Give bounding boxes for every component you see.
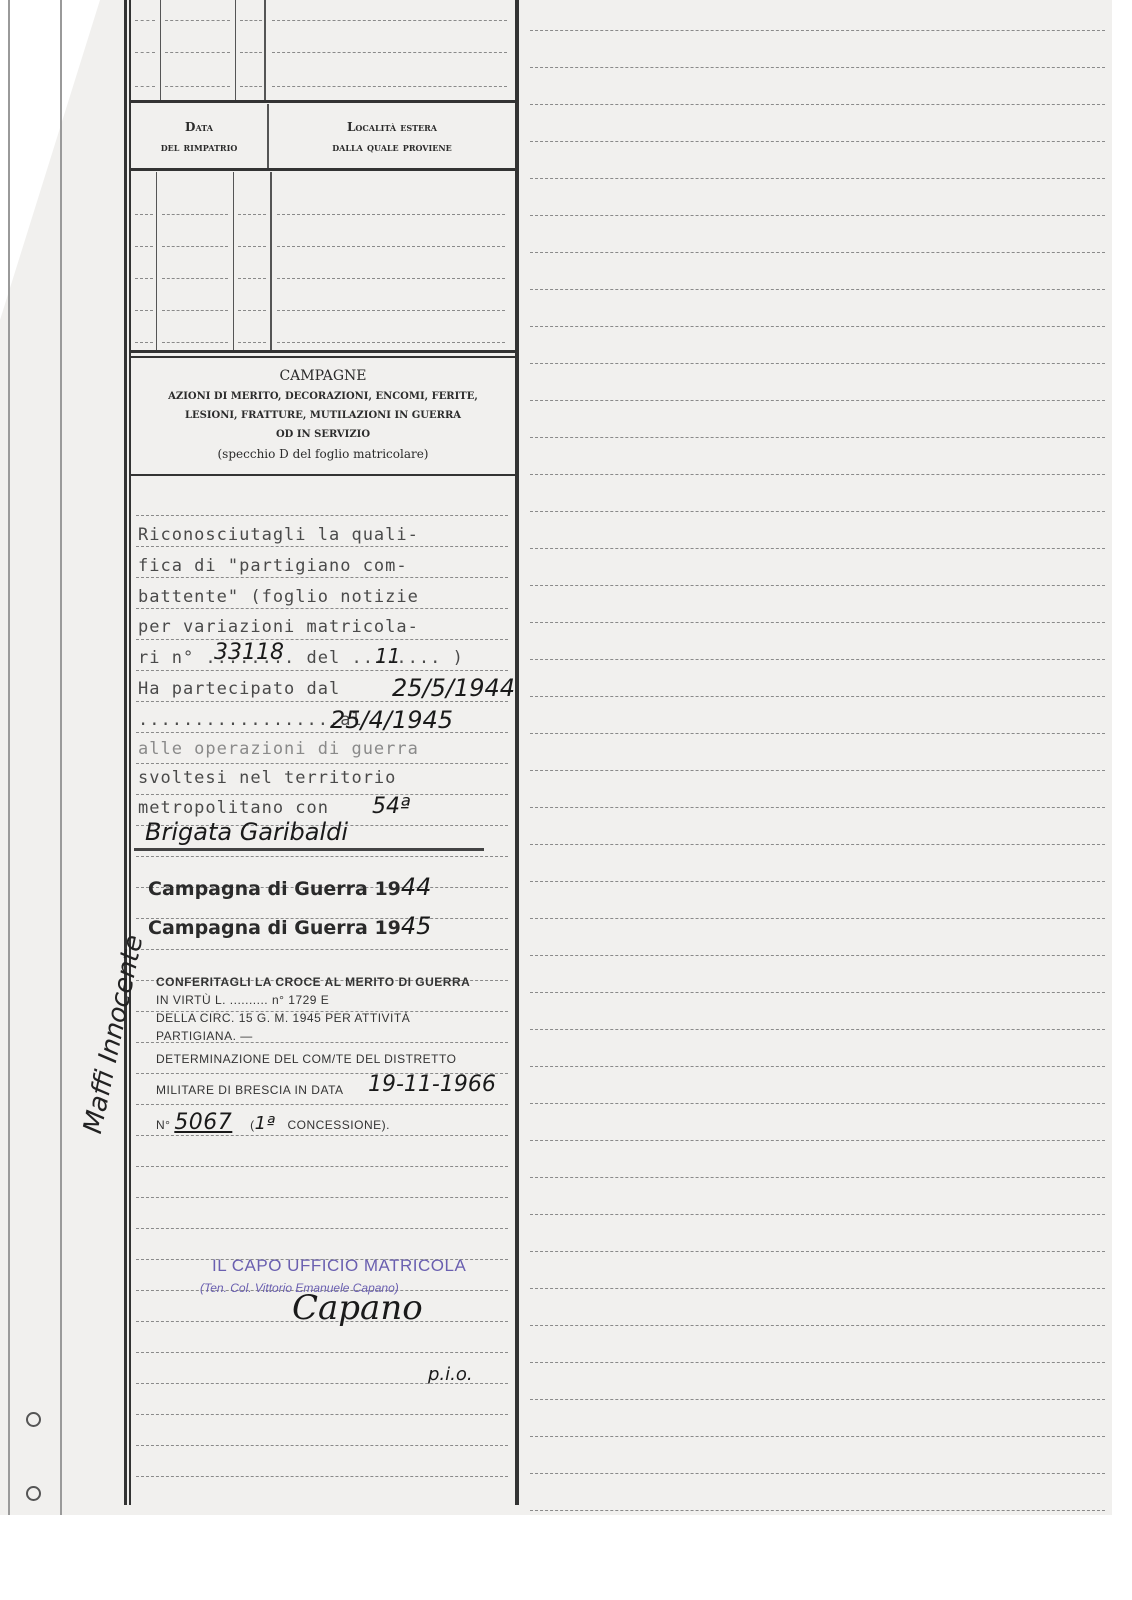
punch-hole-icon bbox=[26, 1486, 41, 1501]
typed-line: Ha partecipato dal bbox=[138, 679, 340, 699]
ruled-line bbox=[135, 20, 155, 21]
table-rule bbox=[130, 168, 516, 171]
ruled-line bbox=[238, 342, 266, 343]
ruled-line bbox=[165, 52, 230, 53]
cross-stamp-line: CONFERITAGLI LA CROCE AL MERITO DI GUERR… bbox=[156, 975, 470, 989]
ruled-line bbox=[530, 1029, 1105, 1030]
ruled-line bbox=[530, 178, 1105, 179]
table-divider bbox=[233, 172, 234, 350]
ruled-line bbox=[277, 214, 505, 215]
cross-stamp-line: MILITARE DI BRESCIA IN DATA bbox=[156, 1083, 344, 1097]
typed-line: alle operazioni di guerra bbox=[138, 739, 419, 759]
ruled-line bbox=[530, 1103, 1105, 1104]
header-localita-estera: Località estera dalla quale proviene bbox=[272, 117, 512, 157]
handwritten-year: 45 bbox=[401, 912, 432, 940]
ruled-line bbox=[530, 1510, 1105, 1511]
ruled-line bbox=[530, 1436, 1105, 1437]
ruled-line bbox=[530, 1399, 1105, 1400]
ruled-line bbox=[530, 696, 1105, 697]
ruled-line bbox=[238, 310, 266, 311]
table-divider bbox=[235, 0, 236, 100]
table-rule bbox=[130, 356, 516, 358]
section-subtitle: (specchio D del foglio matricolare) bbox=[134, 444, 512, 464]
ruled-line bbox=[136, 670, 508, 671]
ruled-line bbox=[136, 856, 508, 857]
ruled-line bbox=[238, 246, 266, 247]
table-divider bbox=[264, 0, 266, 100]
ruled-line bbox=[238, 278, 266, 279]
ruled-line bbox=[272, 52, 507, 53]
ruled-line bbox=[135, 86, 155, 87]
ruled-line bbox=[136, 763, 508, 764]
typed-line: battente" (foglio notizie bbox=[138, 587, 419, 607]
handwritten-unit-name: Brigata Garibaldi bbox=[145, 818, 348, 846]
ruled-line bbox=[530, 215, 1105, 216]
cross-stamp-line: PARTIGIANA. — bbox=[156, 1029, 253, 1043]
header-title: Località estera bbox=[272, 117, 512, 137]
ruled-line bbox=[530, 1214, 1105, 1215]
ruled-line bbox=[530, 844, 1105, 845]
campaign-1945-stamp: Campagna di Guerra 1945 bbox=[148, 912, 431, 940]
table-divider bbox=[267, 104, 269, 168]
header-subtitle: del rimpatrio bbox=[134, 137, 264, 157]
ruled-line bbox=[530, 1473, 1105, 1474]
ruled-line bbox=[136, 639, 508, 640]
ruled-line bbox=[530, 1251, 1105, 1252]
typed-line: ri n° ........ del ........ ) bbox=[138, 648, 464, 668]
ruled-line bbox=[530, 770, 1105, 771]
ruled-line bbox=[277, 278, 505, 279]
ruled-line bbox=[530, 474, 1105, 475]
ruled-line bbox=[136, 1166, 508, 1167]
campaign-1944-stamp: Campagna di Guerra 1944 bbox=[148, 873, 431, 901]
ruled-line bbox=[277, 246, 505, 247]
table-rule bbox=[130, 350, 516, 353]
stamp-text: CONCESSIONE). bbox=[287, 1118, 390, 1132]
ruled-line bbox=[136, 1445, 508, 1446]
handwritten-foglio-number: 33118 bbox=[214, 640, 284, 665]
header-subtitle: dalla quale proviene bbox=[272, 137, 512, 157]
ruled-line bbox=[135, 214, 153, 215]
typed-line: fica di "partigiano com- bbox=[138, 556, 408, 576]
table-rule bbox=[130, 100, 516, 103]
table-divider bbox=[156, 172, 157, 350]
ruled-line bbox=[530, 437, 1105, 438]
ruled-line bbox=[530, 622, 1105, 623]
ruled-line bbox=[530, 326, 1105, 327]
ruled-line bbox=[240, 52, 262, 53]
ruled-line bbox=[136, 515, 508, 516]
section-subtitle: AZIONI DI MERITO, DECORAZIONI, ENCOMI, F… bbox=[134, 387, 512, 406]
ruled-line bbox=[136, 949, 508, 950]
ruled-line bbox=[530, 511, 1105, 512]
ruled-line bbox=[136, 1135, 508, 1136]
ruled-line bbox=[530, 289, 1105, 290]
ruled-line bbox=[136, 608, 508, 609]
handwritten-number: 5067 bbox=[174, 1110, 232, 1135]
ruled-line bbox=[530, 1177, 1105, 1178]
stamp-text: Campagna di Guerra 19 bbox=[148, 917, 401, 939]
ruled-line bbox=[240, 86, 262, 87]
section-subtitle: LESIONI, FRATTURE, MUTILAZIONI IN GUERRA bbox=[134, 406, 512, 425]
ruled-line bbox=[165, 86, 230, 87]
ruled-line bbox=[162, 214, 228, 215]
ruled-line bbox=[530, 363, 1105, 364]
ruled-line bbox=[136, 1414, 508, 1415]
ruled-line bbox=[530, 992, 1105, 993]
ruled-line bbox=[135, 246, 153, 247]
ruled-line bbox=[530, 1288, 1105, 1289]
header-title: Data bbox=[134, 117, 264, 137]
typed-line: per variazioni matricola- bbox=[138, 617, 419, 637]
ruled-line bbox=[162, 342, 228, 343]
ruled-line bbox=[530, 400, 1105, 401]
cross-stamp-line: IN VIRTÙ L. .......... n° 1729 E bbox=[156, 993, 329, 1007]
typed-line: svoltesi nel territorio bbox=[138, 768, 396, 788]
ruled-line bbox=[530, 1066, 1105, 1067]
ruled-line bbox=[530, 67, 1105, 68]
handwritten-concession: 1ª bbox=[255, 1113, 276, 1134]
typed-line: metropolitano con bbox=[138, 798, 329, 818]
ruled-line bbox=[136, 1104, 508, 1105]
ruled-line bbox=[530, 1140, 1105, 1141]
punch-hole-icon bbox=[26, 1412, 41, 1427]
margin-line bbox=[60, 0, 62, 1515]
ruled-line bbox=[135, 310, 153, 311]
ruled-line bbox=[136, 577, 508, 578]
ruled-line bbox=[530, 733, 1105, 734]
ruled-line bbox=[530, 104, 1105, 105]
table-divider bbox=[160, 0, 161, 100]
ruled-line bbox=[136, 1352, 508, 1353]
typed-line: Riconosciutagli la quali- bbox=[138, 525, 419, 545]
ruled-line bbox=[277, 342, 505, 343]
signature: Capano bbox=[292, 1288, 423, 1328]
handwritten-year: 44 bbox=[401, 873, 432, 901]
ruled-line bbox=[277, 310, 505, 311]
ruled-line bbox=[530, 807, 1105, 808]
ruled-line bbox=[530, 881, 1105, 882]
form-left-border bbox=[129, 0, 131, 1505]
ruled-line bbox=[136, 1228, 508, 1229]
campagne-header: CAMPAGNE AZIONI DI MERITO, DECORAZIONI, … bbox=[134, 368, 512, 464]
ruled-line bbox=[530, 30, 1105, 31]
handwritten-from-date: 25/5/1944 bbox=[392, 674, 515, 702]
handwritten-initials: p.i.o. bbox=[428, 1364, 473, 1385]
handwritten-unit-number: 54ª bbox=[372, 794, 410, 819]
ruled-line bbox=[162, 278, 228, 279]
ruled-line bbox=[530, 1362, 1105, 1363]
ruled-line bbox=[136, 1476, 508, 1477]
ruled-line bbox=[272, 20, 507, 21]
stamp-text: N° bbox=[156, 1118, 170, 1132]
ruled-line bbox=[136, 546, 508, 547]
handwritten-determination-date: 19-11-1966 bbox=[368, 1072, 496, 1097]
ruled-line bbox=[530, 585, 1105, 586]
cross-stamp-line: DELLA CIRC. 15 G. M. 1945 PER ATTIVITÀ bbox=[156, 1011, 410, 1025]
ruled-line bbox=[530, 548, 1105, 549]
ruled-line bbox=[162, 310, 228, 311]
typed-line: ..................al bbox=[138, 710, 363, 730]
ruled-line bbox=[272, 86, 507, 87]
ruled-line bbox=[135, 278, 153, 279]
cross-stamp-line: DETERMINAZIONE DEL COM/TE DEL DISTRETTO bbox=[156, 1052, 456, 1066]
ruled-line bbox=[136, 794, 508, 795]
ruled-line bbox=[530, 252, 1105, 253]
ruled-line bbox=[530, 1325, 1105, 1326]
ruled-line bbox=[240, 20, 262, 21]
document-page: Data del rimpatrio Località estera dalla… bbox=[0, 0, 1112, 1515]
ruled-line bbox=[530, 918, 1105, 919]
ruled-line bbox=[135, 52, 155, 53]
handwritten-to-date: 25/4/1945 bbox=[330, 706, 453, 734]
form-right-border bbox=[515, 0, 519, 1505]
ruled-line bbox=[530, 141, 1105, 142]
ruled-line bbox=[238, 214, 266, 215]
header-data-rimpatrio: Data del rimpatrio bbox=[134, 117, 264, 157]
ruled-line bbox=[530, 955, 1105, 956]
form-left-border bbox=[124, 0, 127, 1505]
stamp-text: Campagna di Guerra 19 bbox=[148, 878, 401, 900]
margin-line bbox=[8, 0, 10, 1515]
ruled-line bbox=[530, 659, 1105, 660]
margin-handwritten-name: Maffi Innocente bbox=[78, 932, 149, 1136]
handwritten-foglio-date: 11 bbox=[375, 644, 400, 668]
section-subtitle: OD IN SERVIZIO bbox=[134, 425, 512, 444]
table-divider bbox=[270, 172, 272, 350]
underline bbox=[134, 848, 484, 851]
ruled-line bbox=[165, 20, 230, 21]
section-title: CAMPAGNE bbox=[134, 368, 512, 384]
ruled-line bbox=[136, 1197, 508, 1198]
office-stamp-title: IL CAPO UFFICIO MATRICOLA bbox=[212, 1256, 466, 1276]
cross-stamp-line: N° 5067 (1ª CONCESSIONE). bbox=[156, 1110, 390, 1135]
ruled-line bbox=[162, 246, 228, 247]
table-rule bbox=[130, 474, 516, 476]
ruled-line bbox=[135, 342, 153, 343]
torn-corner bbox=[0, 0, 100, 320]
